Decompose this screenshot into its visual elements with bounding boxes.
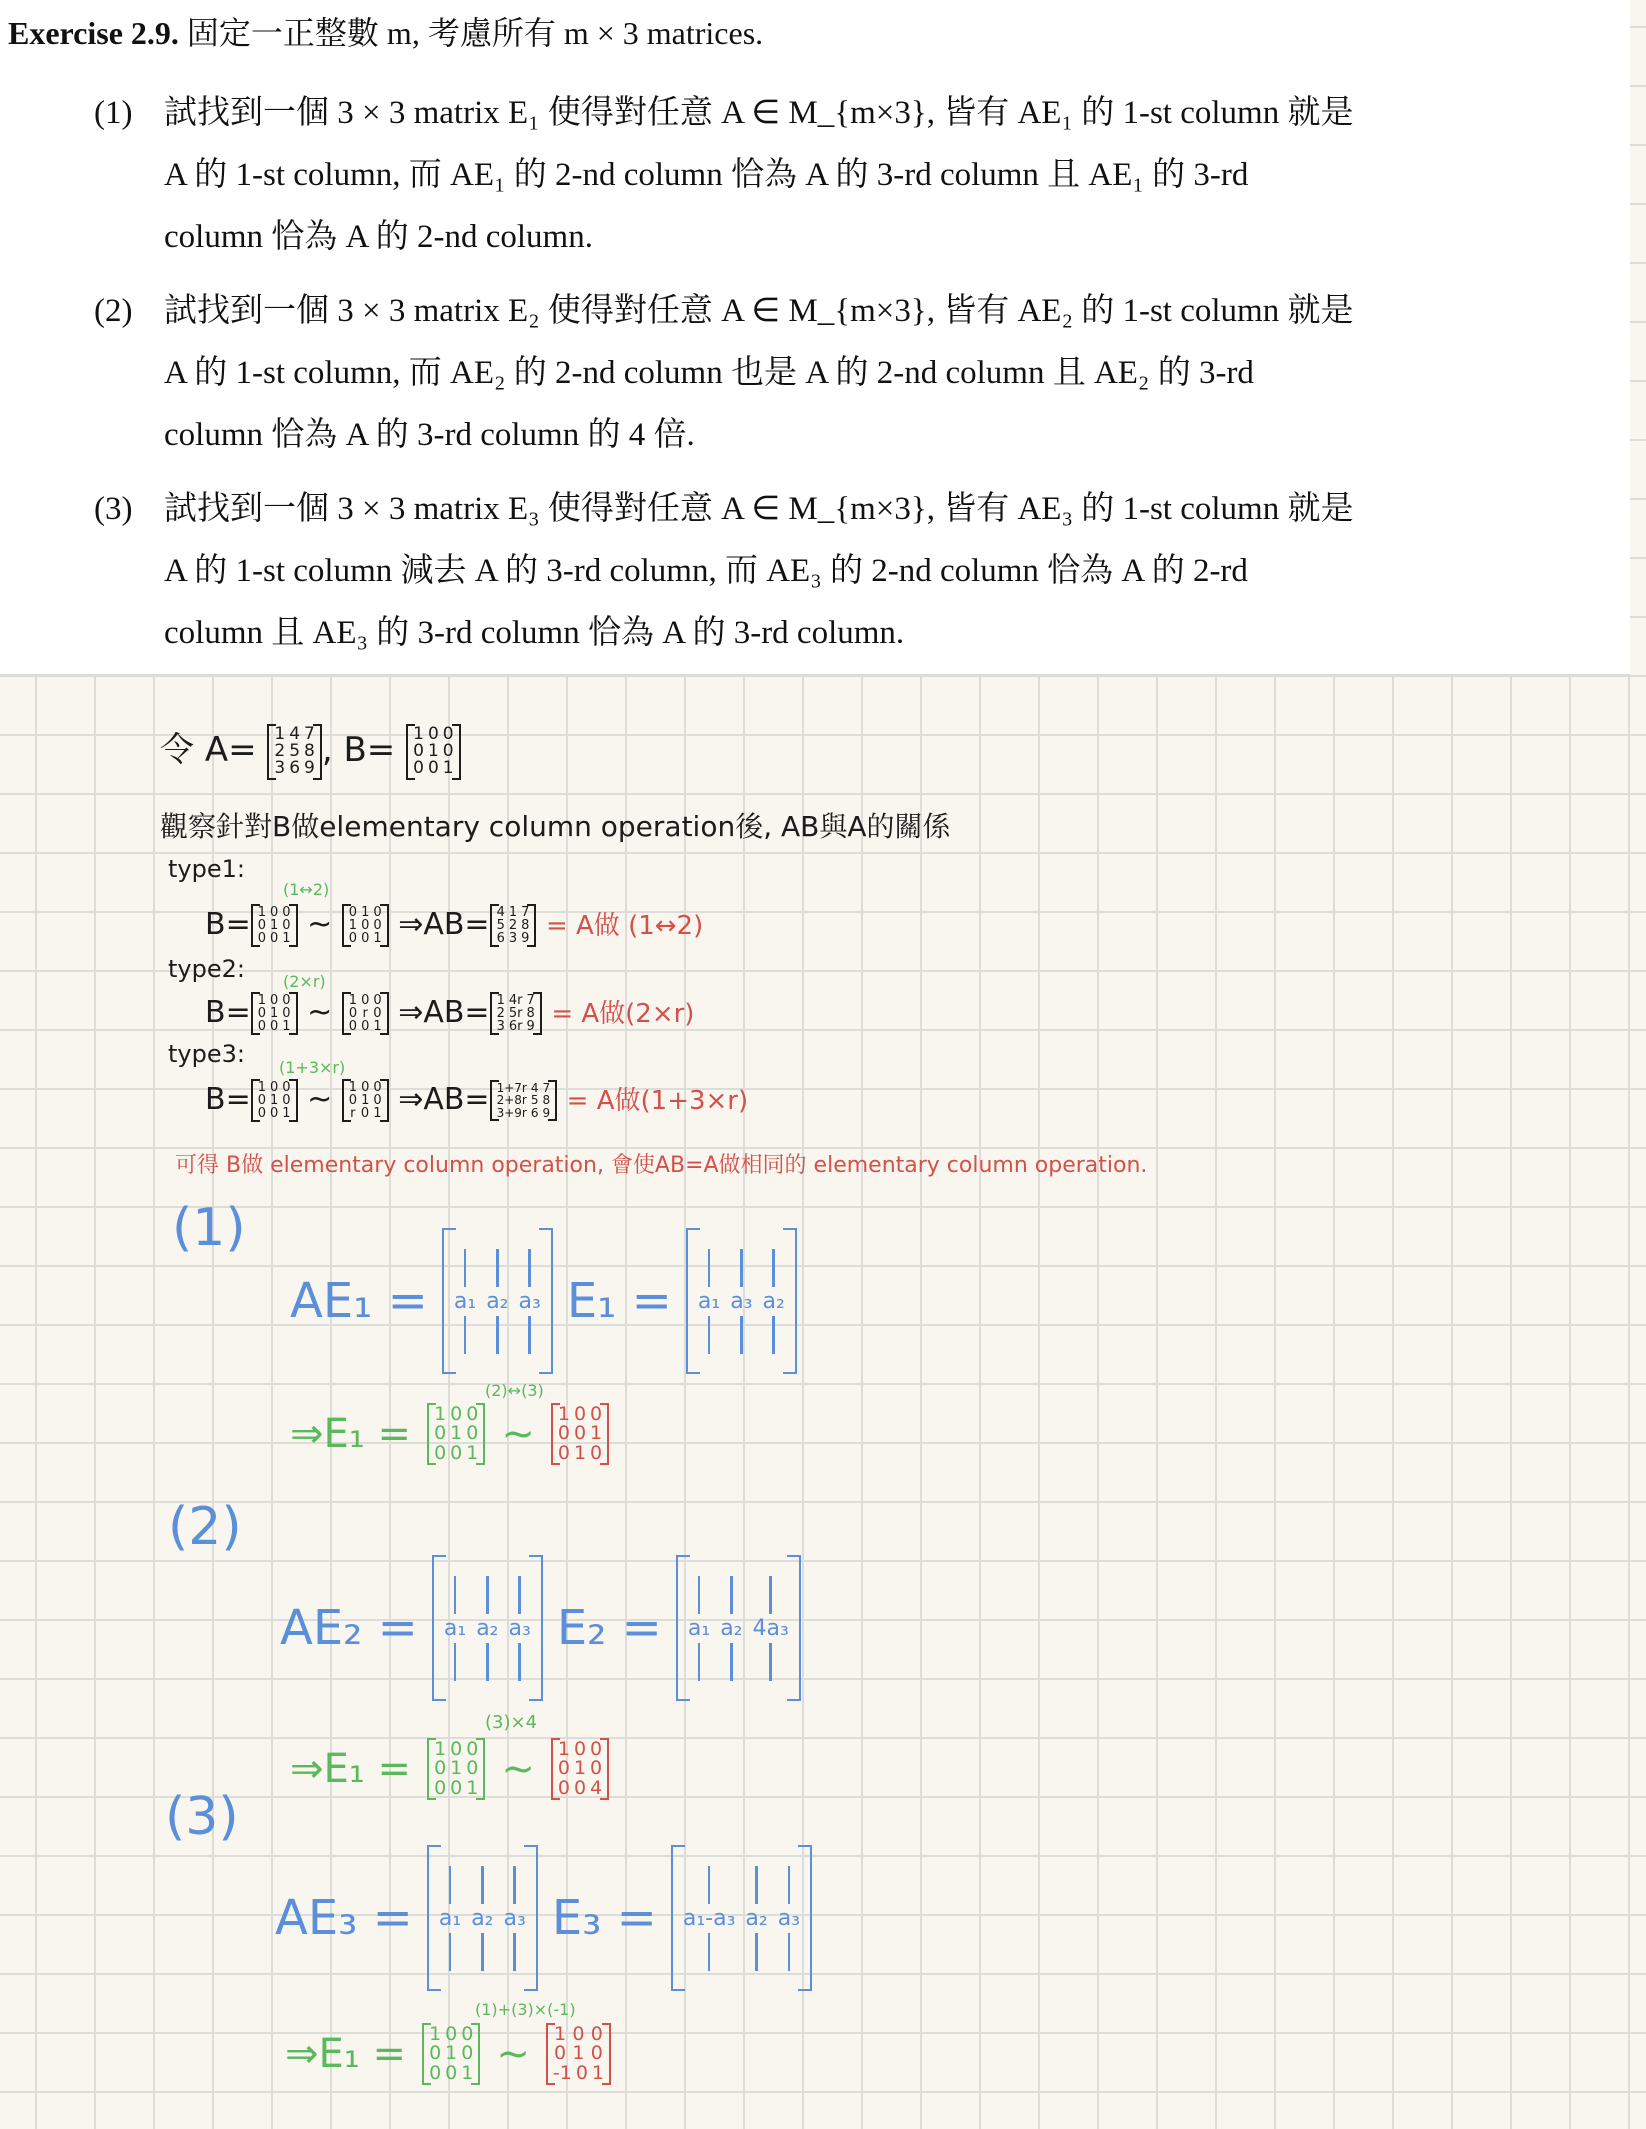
matrix-column: a₃ xyxy=(509,1576,531,1681)
matrix-cell: 1 xyxy=(373,932,381,945)
part-1: (1) 試找到一個 3 × 3 matrix E₁ 使得對任意 A ∈ M_{m… xyxy=(94,82,1614,268)
type2-label: type2: xyxy=(168,955,245,983)
matrix-cell: 7 xyxy=(526,994,534,1007)
matrix-cell: 0 xyxy=(558,1779,570,1798)
matrix-cell: -1 xyxy=(553,2064,572,2083)
B-label: B= xyxy=(205,907,251,942)
part-number: (3) xyxy=(94,478,132,540)
matrix-cell: 0 xyxy=(361,1107,369,1120)
rhs-label: E₁ = xyxy=(567,1273,672,1329)
identity-matrix: 100010001 xyxy=(427,1405,485,1463)
exercise-label: Exercise 2.9. xyxy=(8,15,179,51)
matrix-cell: 0 xyxy=(590,1759,602,1778)
column-label: a₃ xyxy=(519,1287,541,1316)
matrix-cell: 0 xyxy=(258,1007,266,1020)
matrix-cell: 7 xyxy=(521,906,529,919)
matrix-row: 100 xyxy=(258,1081,291,1094)
matrix-cell: 0 xyxy=(282,1081,290,1094)
type2-row: B=100010001 ~ 1000r0001 ⇒AB=14r725r836r9… xyxy=(205,993,694,1033)
matrix-cell: 9 xyxy=(521,932,529,945)
matrix-row: 001 xyxy=(434,1779,478,1798)
type1-row: B=100010001 ~ 010100001 ⇒AB=417528639 = … xyxy=(205,905,703,945)
matrix-row: 001 xyxy=(413,760,453,777)
solution-number: (2) xyxy=(168,1497,242,1557)
column-label: a₁ xyxy=(698,1287,720,1316)
matrix-row: 001 xyxy=(349,932,382,945)
matrix-cell: 2 xyxy=(509,919,517,932)
matrix-cell: 0 xyxy=(349,906,357,919)
matrix-cell: 1 xyxy=(270,919,278,932)
tilde: ~ xyxy=(307,907,332,942)
matrix-cell: 0 xyxy=(373,1081,381,1094)
matrix-cell: 0 xyxy=(282,1094,290,1107)
matrix-cell: 5r xyxy=(509,1007,523,1020)
type3-result: = A做(1+3×r) xyxy=(567,1086,748,1116)
matrix-cell: 0 xyxy=(558,1424,570,1443)
matrix-cell: 0 xyxy=(361,932,369,945)
matrix-cell: 8 xyxy=(526,1007,534,1020)
matrix-row: 25r8 xyxy=(497,1007,535,1020)
matrix-cell: 0 xyxy=(270,906,278,919)
matrix-cell: 0 xyxy=(466,1424,478,1443)
matrix-cell: 0 xyxy=(361,1020,369,1033)
matrix-cell: 1 xyxy=(258,994,266,1007)
matrix-cell: 0 xyxy=(361,1081,369,1094)
matrix-cell: 6 xyxy=(289,760,300,777)
matrix-cell: 0 xyxy=(349,1007,357,1020)
matrix-B-after: 010100001 xyxy=(342,906,389,946)
matrix-cell: 0 xyxy=(349,1020,357,1033)
answer-matrix: 100010004 xyxy=(551,1740,609,1798)
part-number: (1) xyxy=(94,82,132,144)
matrix-cell: 0 xyxy=(270,1020,278,1033)
conclusion: 可得 B做 elementary column operation, 會使AB=… xyxy=(175,1148,1147,1179)
type2-result: = A做(2×r) xyxy=(551,999,694,1029)
implies-AB: ⇒AB= xyxy=(398,995,489,1030)
matrix-AB: 14r725r836r9 xyxy=(490,994,542,1034)
matrix-cell: r xyxy=(361,1007,369,1020)
matrix-cell: 0 xyxy=(574,1779,586,1798)
matrix-row: 100 xyxy=(258,994,291,1007)
matrix-cell: 6 xyxy=(497,932,505,945)
matrix-cell: 1 xyxy=(349,1081,357,1094)
matrix-cell: 0 xyxy=(373,994,381,1007)
implies-label: ⇒E₁ = xyxy=(290,1746,411,1792)
implies-AB: ⇒AB= xyxy=(398,907,489,942)
matrix-B: 100010001 xyxy=(251,994,298,1034)
matrix-row: 528 xyxy=(497,919,530,932)
part-line: column 恰為 A 的 3-rd column 的 4 倍. xyxy=(164,404,1614,466)
solution-3-answer-row: ⇒E₁ = 100010001 ~ 100010-101 xyxy=(285,2025,611,2083)
column-label: a₂ xyxy=(486,1287,508,1316)
matrix-row: 010 xyxy=(558,1444,602,1463)
matrix-cell: 1 xyxy=(282,1107,290,1120)
matrix-cell: 1 xyxy=(349,919,357,932)
matrix-cell: 0 xyxy=(282,906,290,919)
A-label: A= xyxy=(205,730,257,770)
matrix-cell: 0 xyxy=(434,1779,446,1798)
column-label: a₃ xyxy=(730,1287,752,1316)
matrix-row: 36r9 xyxy=(497,1020,535,1033)
matrix-row: 001 xyxy=(434,1444,478,1463)
matrix-cell: 0 xyxy=(450,1779,462,1798)
matrix-B-after: 1000r0001 xyxy=(342,994,389,1034)
matrix-row: 100 xyxy=(258,906,291,919)
matrix-row: 2+8r58 xyxy=(497,1094,551,1106)
matrix-row: 001 xyxy=(429,2064,473,2083)
matrix-column: a₁ xyxy=(439,1866,461,1971)
solution-2-equation: AE₂ = a₁a₂a₃ E₂ = a₁a₂4a₃ xyxy=(280,1555,801,1701)
matrix-row: r01 xyxy=(349,1107,382,1120)
column-matrix-A: a₁a₂a₃ xyxy=(427,1845,538,1991)
column-label: a₁ xyxy=(439,1904,461,1933)
matrix-row: 010 xyxy=(349,1094,382,1107)
matrix-cell: 1 xyxy=(361,1094,369,1107)
implies-AB: ⇒AB= xyxy=(398,1082,489,1117)
matrix-column: a₃ xyxy=(730,1249,752,1354)
tilde: ~ xyxy=(501,1411,535,1457)
rhs-label: E₂ = xyxy=(557,1600,662,1656)
matrix-cell: 1 xyxy=(349,994,357,1007)
matrix-AB: 417528639 xyxy=(490,906,537,946)
column-label: a₁ xyxy=(454,1287,476,1316)
matrix-row: 100 xyxy=(349,994,382,1007)
matrix-cell: 1 xyxy=(572,2044,584,2063)
solution-2-answer-row: ⇒E₁ = 100010001 ~ 100010004 xyxy=(290,1740,609,1798)
type3-label: type3: xyxy=(168,1040,245,1068)
matrix-cell: 0 xyxy=(270,932,278,945)
column-label: a₁ xyxy=(444,1614,466,1643)
matrix-cell: 1 xyxy=(258,1081,266,1094)
matrix-row: 004 xyxy=(558,1779,602,1798)
exercise-heading: Exercise 2.9. 固定一正整數 m, 考慮所有 m × 3 matri… xyxy=(8,8,763,54)
matrix-cell: 0 xyxy=(373,1007,381,1020)
matrix-cell: 0 xyxy=(373,919,381,932)
matrix-cell: 1 xyxy=(361,906,369,919)
matrix-AB: 1+7r472+8r583+9r69 xyxy=(490,1082,558,1119)
matrix-cell: 5 xyxy=(531,1094,539,1106)
column-label: a₃ xyxy=(509,1614,531,1643)
matrix-cell: 1 xyxy=(466,1444,478,1463)
matrix-cell: 0 xyxy=(574,1424,586,1443)
matrix-cell: 5 xyxy=(497,919,505,932)
matrix-column: a₁ xyxy=(698,1249,720,1354)
matrix-cell: 0 xyxy=(428,760,439,777)
tilde: ~ xyxy=(307,1082,332,1117)
matrix-cell: 0 xyxy=(282,994,290,1007)
matrix-A: 147258369 xyxy=(267,726,321,778)
matrix-row: 369 xyxy=(274,760,314,777)
matrix-cell: 4 xyxy=(497,906,505,919)
column-matrix-result: a₁-a₃a₂a₃ xyxy=(671,1845,812,1991)
type3-op: (1+3×r) xyxy=(279,1058,345,1077)
matrix-cell: 0 xyxy=(258,1107,266,1120)
tilde: ~ xyxy=(501,1746,535,1792)
answer-matrix: 100010-101 xyxy=(546,2025,611,2083)
B-label: B= xyxy=(205,1082,251,1117)
type1-label: type1: xyxy=(168,855,245,883)
solution-op: (1)+(3)×(-1) xyxy=(475,2000,576,2019)
part-line: column 且 AE₃ 的 3-rd column 恰為 A 的 3-rd c… xyxy=(164,602,1614,664)
column-label: a₃ xyxy=(504,1904,526,1933)
matrix-row: 0r0 xyxy=(349,1007,382,1020)
column-label: a₃ xyxy=(778,1904,800,1933)
matrix-cell: 0 xyxy=(282,1007,290,1020)
exercise-statement: 固定一正整數 m, 考慮所有 m × 3 matrices. xyxy=(187,15,763,51)
matrix-column: 4a₃ xyxy=(753,1576,789,1681)
part-2: (2) 試找到一個 3 × 3 matrix E₂ 使得對任意 A ∈ M_{m… xyxy=(94,280,1614,466)
column-matrix-result: a₁a₂4a₃ xyxy=(676,1555,801,1701)
identity-matrix: 100010001 xyxy=(422,2025,480,2083)
matrix-cell: 0 xyxy=(361,994,369,1007)
matrix-cell: 9 xyxy=(304,760,315,777)
matrix-column: a₂ xyxy=(745,1866,767,1971)
matrix-cell: 1 xyxy=(258,906,266,919)
matrix-cell: 1 xyxy=(461,2064,473,2083)
matrix-B: 100010001 xyxy=(251,1081,298,1121)
solution-3-equation: AE₃ = a₁a₂a₃ E₃ = a₁-a₃a₂a₃ xyxy=(275,1845,812,1991)
type1-op: (1↔2) xyxy=(283,880,329,899)
matrix-cell: 1 xyxy=(497,994,505,1007)
lhs-label: AE₁ = xyxy=(290,1273,428,1329)
matrix-column: a₂ xyxy=(471,1866,493,1971)
matrix-cell: 2 xyxy=(497,1007,505,1020)
matrix-column: a₂ xyxy=(476,1576,498,1681)
identity-matrix: 100010001 xyxy=(427,1740,485,1798)
part-line: 試找到一個 3 × 3 matrix E₂ 使得對任意 A ∈ M_{m×3},… xyxy=(164,280,1614,342)
column-label: a₂ xyxy=(720,1614,742,1643)
column-label: a₂ xyxy=(763,1287,785,1316)
matrix-cell: 1 xyxy=(443,760,454,777)
matrix-cell: 1 xyxy=(282,932,290,945)
matrix-cell: 0 xyxy=(373,906,381,919)
type3-row: B=100010001 ~ 100010r01 ⇒AB=1+7r472+8r58… xyxy=(205,1080,748,1120)
matrix-row: 14r7 xyxy=(497,994,535,1007)
matrix-cell: 3 xyxy=(497,1020,505,1033)
matrix-column: a₃ xyxy=(504,1866,526,1971)
matrix-cell: 0 xyxy=(591,2044,603,2063)
matrix-row: 100 xyxy=(349,919,382,932)
matrix-column: a₁ xyxy=(444,1576,466,1681)
matrix-row: 417 xyxy=(497,906,530,919)
matrix-cell: 0 xyxy=(373,1094,381,1107)
part-line: A 的 1-st column, 而 AE₂ 的 2-nd column 也是 … xyxy=(164,342,1614,404)
problem-statement: Exercise 2.9. 固定一正整數 m, 考慮所有 m × 3 matri… xyxy=(0,0,1630,676)
matrix-cell: 1 xyxy=(445,2044,457,2063)
matrix-cell: 0 xyxy=(558,1444,570,1463)
matrix-row: 010 xyxy=(558,1759,602,1778)
tilde: ~ xyxy=(496,2031,530,2077)
lhs-label: AE₂ = xyxy=(280,1600,418,1656)
matrix-B: 100010001 xyxy=(406,726,460,778)
matrix-column: a₂ xyxy=(763,1249,785,1354)
matrix-cell: 0 xyxy=(270,1081,278,1094)
matrix-column: a₁-a₃ xyxy=(683,1866,736,1971)
matrix-column: a₁ xyxy=(454,1249,476,1354)
matrix-cell: 1 xyxy=(592,2064,604,2083)
matrix-cell: 0 xyxy=(349,1094,357,1107)
matrix-cell: 0 xyxy=(554,2044,566,2063)
part-line: 試找到一個 3 × 3 matrix E₃ 使得對任意 A ∈ M_{m×3},… xyxy=(164,478,1614,540)
matrix-cell: 1 xyxy=(373,1020,381,1033)
matrix-cell: 0 xyxy=(558,1759,570,1778)
matrix-cell: 1 xyxy=(574,1759,586,1778)
matrix-column: a₁ xyxy=(688,1576,710,1681)
column-label: a₂ xyxy=(476,1614,498,1643)
matrix-cell: 4r xyxy=(509,994,523,1007)
matrix-cell: 1 xyxy=(450,1424,462,1443)
matrix-cell: 8 xyxy=(542,1094,550,1106)
matrix-cell: 0 xyxy=(270,994,278,1007)
matrix-cell: 1 xyxy=(574,1444,586,1463)
matrix-cell: 3 xyxy=(509,932,517,945)
matrix-cell: 1 xyxy=(282,1020,290,1033)
column-label: a₁ xyxy=(688,1614,710,1643)
matrix-cell: 0 xyxy=(429,2044,441,2063)
part-line: 試找到一個 3 × 3 matrix E₁ 使得對任意 A ∈ M_{m×3},… xyxy=(164,82,1614,144)
matrix-cell: 0 xyxy=(429,2064,441,2083)
matrix-cell: 0 xyxy=(445,2064,457,2083)
observe-line: 觀察針對B做elementary column operation後, AB與A… xyxy=(160,805,951,845)
matrix-column: a₂ xyxy=(720,1576,742,1681)
matrix-row: 639 xyxy=(497,932,530,945)
column-label: a₁-a₃ xyxy=(683,1904,736,1933)
matrix-cell: 9 xyxy=(526,1020,534,1033)
B-label: B= xyxy=(205,995,251,1030)
tilde: ~ xyxy=(307,995,332,1030)
matrix-cell: 0 xyxy=(349,932,357,945)
part-line: A 的 1-st column 減去 A 的 3-rd column, 而 AE… xyxy=(164,540,1614,602)
solution-1-equation: AE₁ = a₁a₂a₃ E₁ = a₁a₃a₂ xyxy=(290,1228,797,1374)
let-label: 令 xyxy=(160,730,194,770)
column-matrix-A: a₁a₂a₃ xyxy=(442,1228,553,1374)
matrix-cell: 0 xyxy=(434,1759,446,1778)
matrix-cell: 0 xyxy=(450,1444,462,1463)
matrix-row: 010 xyxy=(553,2044,604,2063)
rhs-label: E₃ = xyxy=(552,1890,657,1946)
column-label: 4a₃ xyxy=(753,1614,789,1643)
matrix-row: 010 xyxy=(258,919,291,932)
matrix-cell: 1 xyxy=(590,1424,602,1443)
matrix-cell: 3+9r xyxy=(497,1107,527,1119)
implies-label: ⇒E₁ = xyxy=(285,2031,406,2077)
solution-1-answer-row: ⇒E₁ = 100010001 ~ 100001010 xyxy=(290,1405,609,1463)
implies-label: ⇒E₁ = xyxy=(290,1411,411,1457)
column-label: a₂ xyxy=(471,1904,493,1933)
matrix-row: 001 xyxy=(349,1020,382,1033)
matrix-cell: 0 xyxy=(258,932,266,945)
matrix-cell: 0 xyxy=(282,919,290,932)
matrix-cell: 6 xyxy=(531,1107,539,1119)
lhs-label: AE₃ = xyxy=(275,1890,413,1946)
column-matrix-result: a₁a₃a₂ xyxy=(686,1228,797,1374)
matrix-cell: 0 xyxy=(590,1444,602,1463)
matrix-cell: 0 xyxy=(413,760,424,777)
matrix-B-after: 100010r01 xyxy=(342,1081,389,1121)
matrix-column: a₂ xyxy=(486,1249,508,1354)
B-label: B= xyxy=(343,730,395,770)
solution-op: (2)↔(3) xyxy=(485,1381,544,1400)
part-line: column 恰為 A 的 2-nd column. xyxy=(164,206,1614,268)
matrix-cell: 0 xyxy=(434,1444,446,1463)
column-label: a₂ xyxy=(745,1904,767,1933)
let-A-B-line: 令 A= 147258369, B= 100010001 xyxy=(160,722,461,778)
matrix-cell: 0 xyxy=(466,1759,478,1778)
matrix-row: 010 xyxy=(258,1007,291,1020)
matrix-cell: 0 xyxy=(258,1094,266,1107)
matrix-cell: 6r xyxy=(509,1020,523,1033)
matrix-cell: 0 xyxy=(461,2044,473,2063)
matrix-cell: r xyxy=(349,1107,357,1120)
matrix-B: 100010001 xyxy=(251,906,298,946)
matrix-row: 010 xyxy=(349,906,382,919)
solution-number: (1) xyxy=(172,1198,246,1258)
matrix-cell: 0 xyxy=(270,1107,278,1120)
part-number: (2) xyxy=(94,280,132,342)
matrix-row: 001 xyxy=(558,1424,602,1443)
matrix-column: a₃ xyxy=(778,1866,800,1971)
matrix-row: -101 xyxy=(553,2064,604,2083)
matrix-row: 100 xyxy=(349,1081,382,1094)
matrix-cell: 0 xyxy=(576,2064,588,2083)
matrix-cell: 8 xyxy=(521,919,529,932)
matrix-cell: 1 xyxy=(509,906,517,919)
matrix-row: 010 xyxy=(429,2044,473,2063)
answer-matrix: 100001010 xyxy=(551,1405,609,1463)
part-line: A 的 1-st column, 而 AE₁ 的 2-nd column 恰為 … xyxy=(164,144,1614,206)
matrix-row: 010 xyxy=(434,1759,478,1778)
matrix-row: 010 xyxy=(258,1094,291,1107)
solution-op: (3)×4 xyxy=(485,1712,537,1733)
matrix-row: 001 xyxy=(258,932,291,945)
matrix-cell: 1 xyxy=(450,1759,462,1778)
part-3: (3) 試找到一個 3 × 3 matrix E₃ 使得對任意 A ∈ M_{m… xyxy=(94,478,1614,664)
matrix-cell: 3 xyxy=(274,760,285,777)
matrix-cell: 4 xyxy=(590,1779,602,1798)
type2-op: (2×r) xyxy=(283,972,326,991)
column-matrix-A: a₁a₂a₃ xyxy=(432,1555,543,1701)
matrix-row: 001 xyxy=(258,1020,291,1033)
matrix-cell: 1 xyxy=(270,1094,278,1107)
matrix-row: 010 xyxy=(434,1424,478,1443)
matrix-row: 001 xyxy=(258,1107,291,1120)
matrix-cell: 0 xyxy=(258,1020,266,1033)
matrix-cell: 1 xyxy=(466,1779,478,1798)
matrix-row: 3+9r69 xyxy=(497,1107,551,1119)
matrix-cell: 1 xyxy=(373,1107,381,1120)
type1-result: = A做 (1↔2) xyxy=(546,911,703,941)
matrix-cell: 1 xyxy=(270,1007,278,1020)
matrix-cell: 0 xyxy=(258,919,266,932)
matrix-column: a₃ xyxy=(519,1249,541,1354)
matrix-cell: 9 xyxy=(542,1107,550,1119)
matrix-cell: 2+8r xyxy=(497,1094,527,1106)
solution-number: (3) xyxy=(165,1787,239,1847)
matrix-cell: 0 xyxy=(361,919,369,932)
matrix-cell: 0 xyxy=(434,1424,446,1443)
